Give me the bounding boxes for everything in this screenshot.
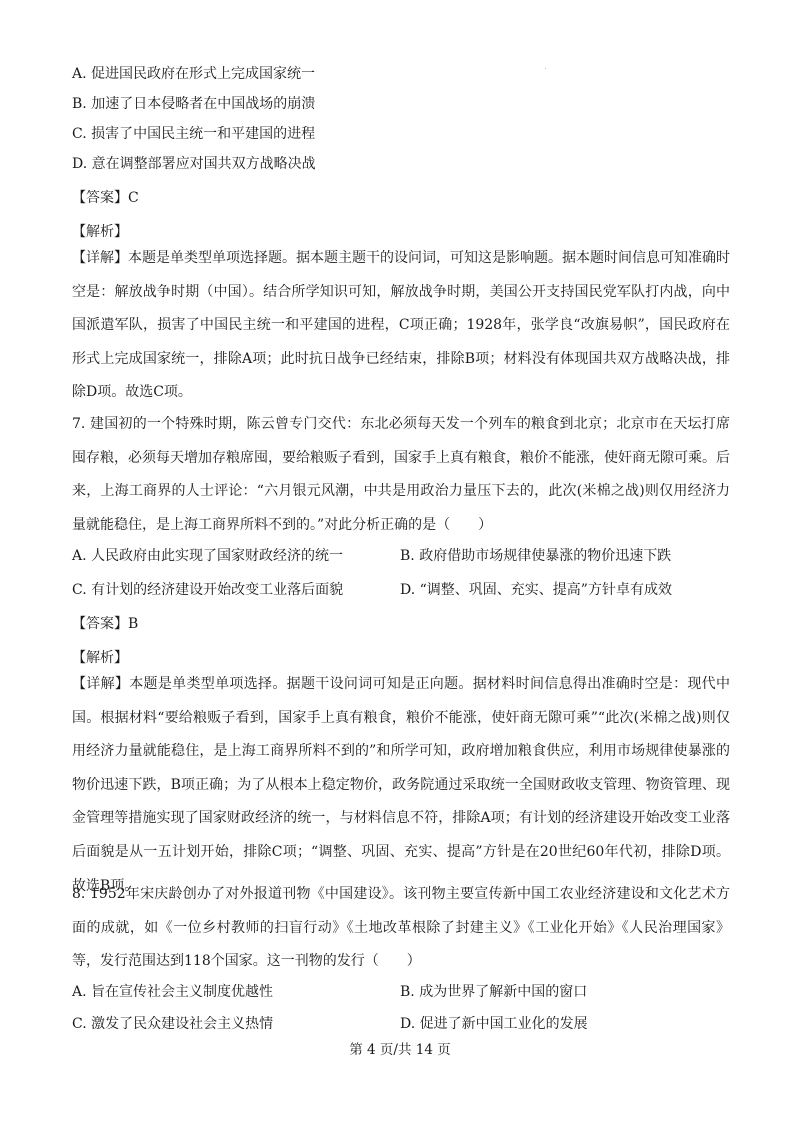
- q6-answer: 【答案】C: [72, 190, 139, 206]
- q7-option-b: B. 政府借助市场规律使暴涨的物价迅速下跌: [400, 548, 671, 564]
- q6-option-a: A. 促进国民政府在形式上完成国家统一: [72, 66, 315, 82]
- q8-option-a: A. 旨在宣传社会主义制度优越性: [72, 984, 273, 1000]
- q6-option-b: B. 加速了日本侵略者在中国战场的崩溃: [72, 96, 315, 112]
- q8-stem: 8. 1952年宋庆龄创办了对外报道刊物《中国建设》。该刊物主要宣传新中国工农业…: [72, 878, 730, 979]
- q6-option-d: D. 意在调整部署应对国共双方战略决战: [72, 156, 316, 172]
- q7-option-c: C. 有计划的经济建设开始改变工业落后面貌: [72, 582, 343, 598]
- q6-analysis-label: 【解析】: [72, 224, 128, 240]
- q7-option-a: A. 人民政府由此实现了国家财政经济的统一: [72, 548, 343, 564]
- page-footer: 第 4 页/共 14 页: [0, 1038, 800, 1058]
- q8-option-d: D. 促进了新中国工业化的发展: [400, 1016, 588, 1032]
- stray-mark: [545, 68, 546, 69]
- q8-option-b: B. 成为世界了解新中国的窗口: [400, 984, 587, 1000]
- q7-detail: 【详解】本题是单类型单项选择。据题干设问词可知是正向题。据材料时间信息得出准确时…: [72, 668, 730, 903]
- q8-option-c: C. 激发了民众建设社会主义热情: [72, 1016, 273, 1032]
- q7-stem: 7. 建国初的一个特殊时期，陈云曾专门交代：东北必须每天发一个列车的粮食到北京；…: [72, 408, 730, 542]
- q7-option-d: D. “调整、巩固、充实、提高”方针卓有成效: [400, 582, 672, 598]
- q6-option-c: C. 损害了中国民主统一和平建国的进程: [72, 126, 315, 142]
- q7-answer: 【答案】B: [72, 616, 138, 632]
- q7-analysis-label: 【解析】: [72, 650, 128, 666]
- q6-detail: 【详解】本题是单类型单项选择题。据本题主题干的设问词，可知这是影响题。据本题时间…: [72, 242, 730, 410]
